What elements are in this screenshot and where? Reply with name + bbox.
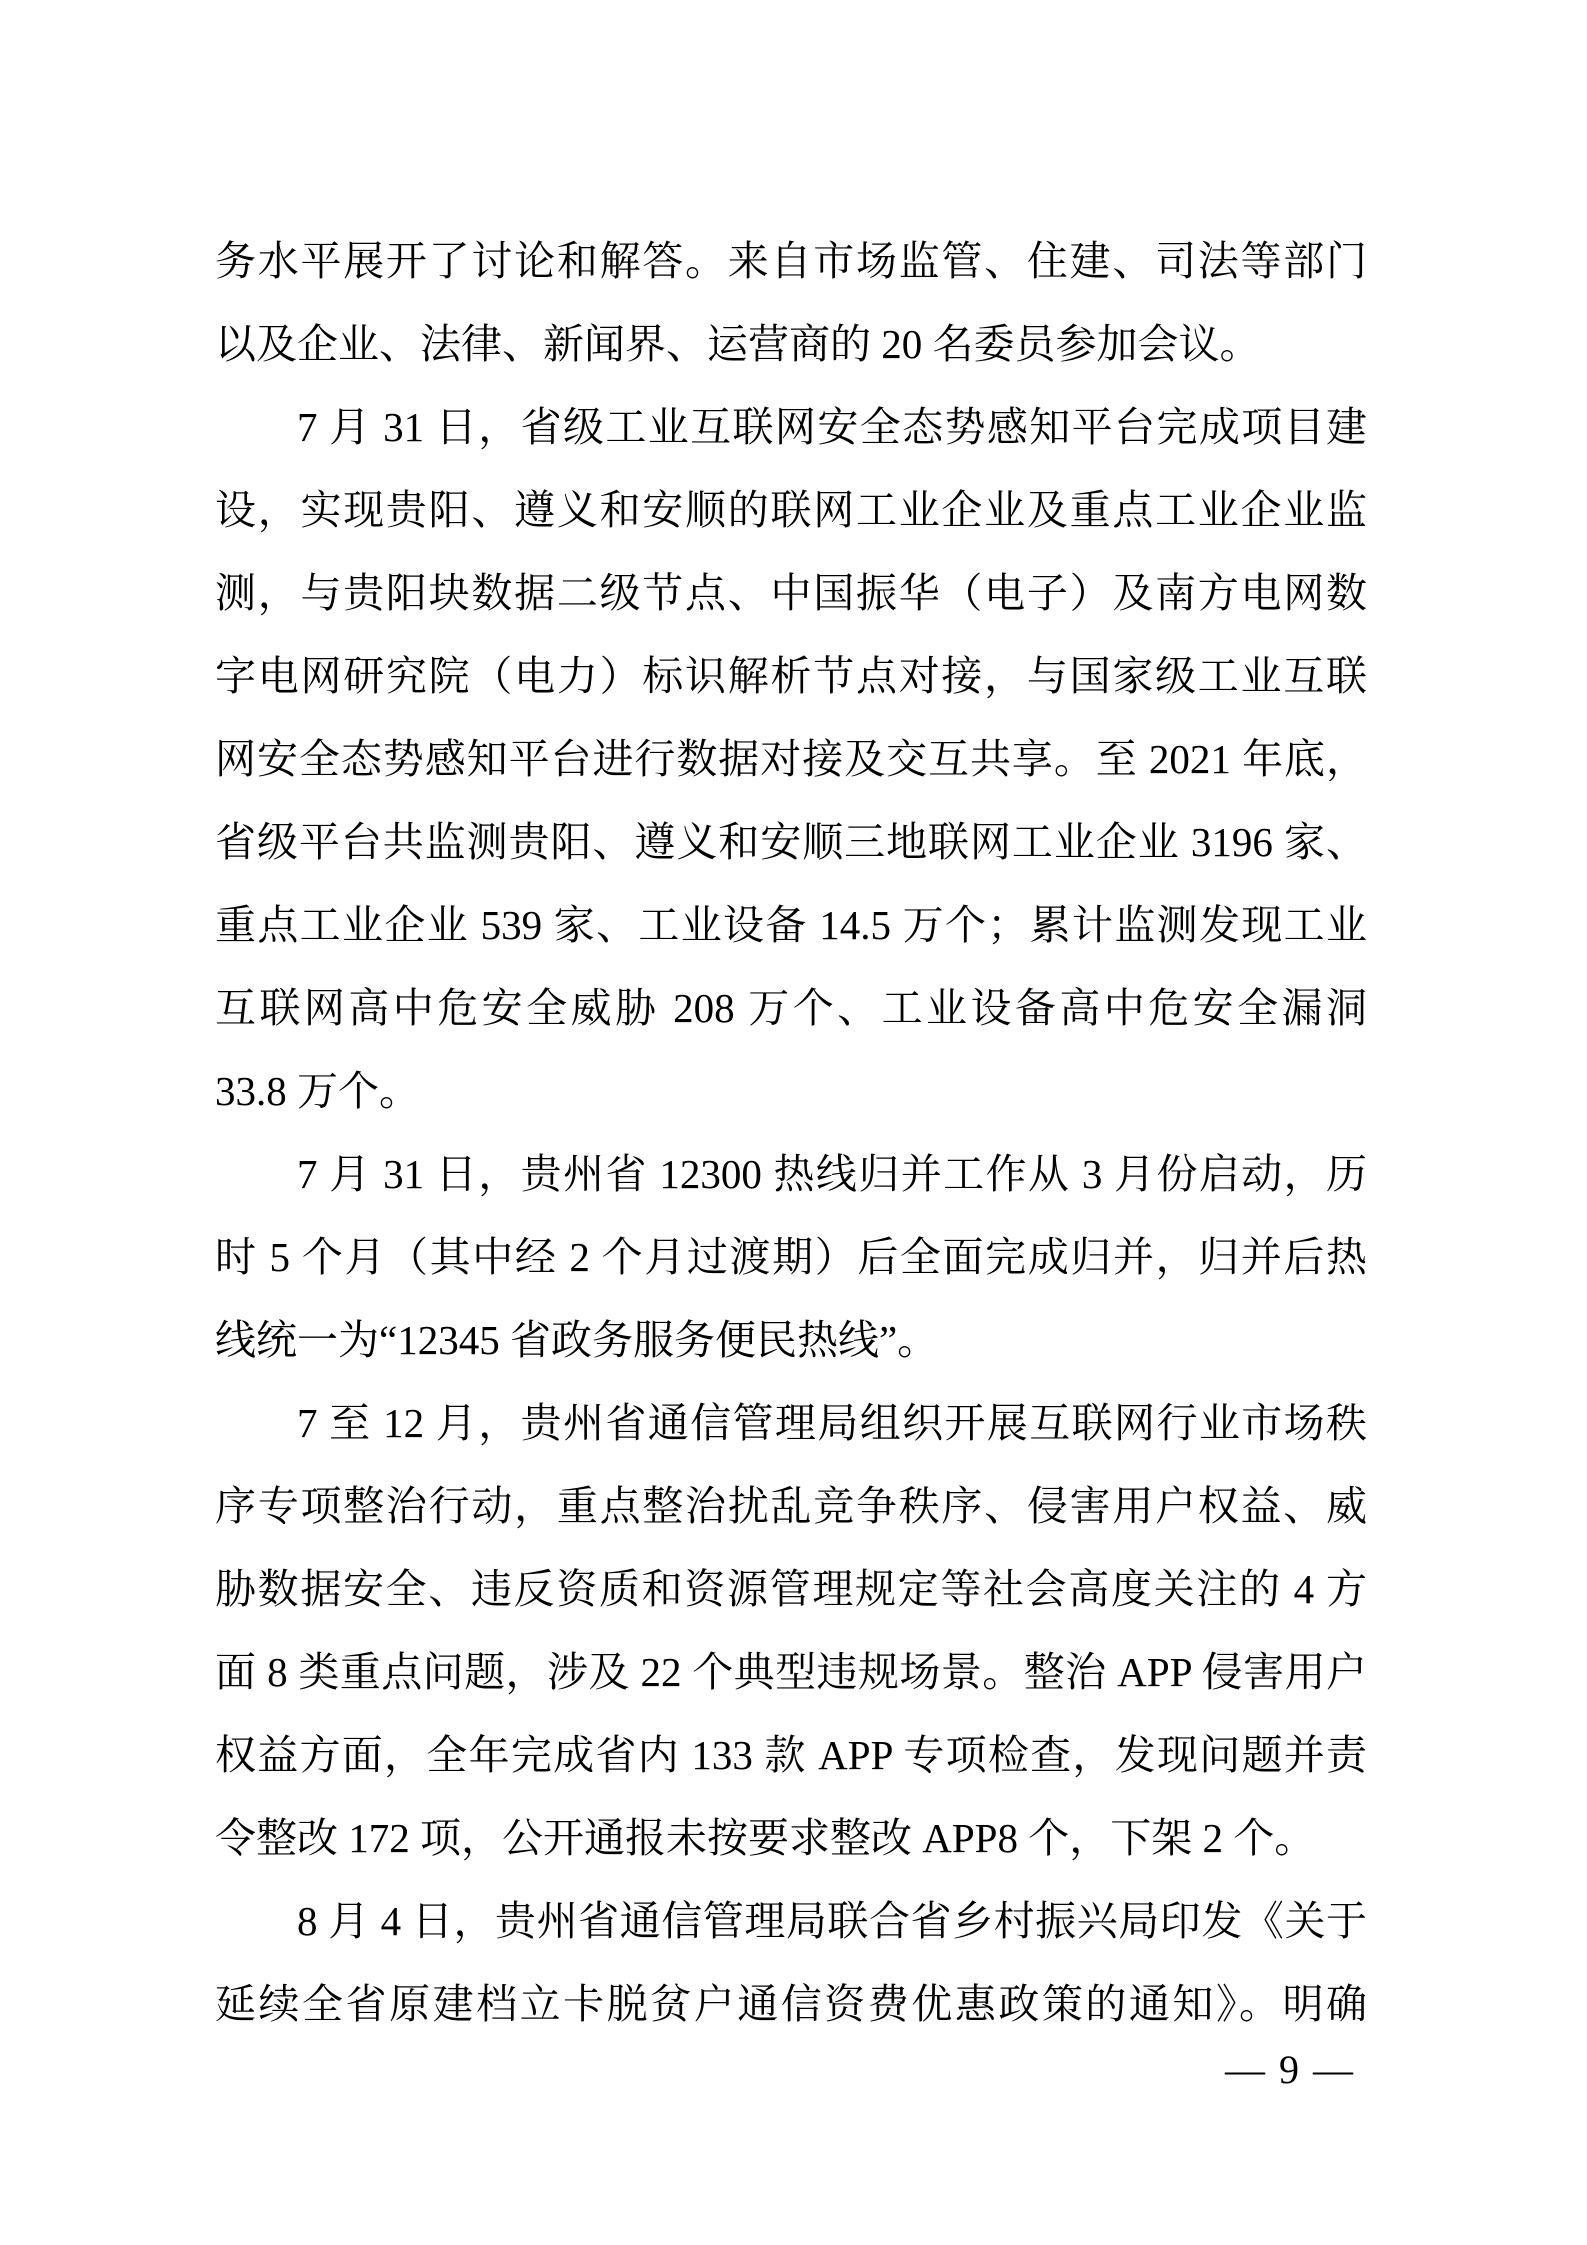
text-line: 7 至 12 月，贵州省通信管理局组织开展互联网行业市场秩 xyxy=(215,1382,1367,1465)
text-line: 8 月 4 日，贵州省通信管理局联合省乡村振兴局印发《关于 xyxy=(215,1880,1367,1963)
text-line: 省级平台共监测贵阳、遵义和安顺三地联网工业企业 3196 家、 xyxy=(215,801,1367,884)
text-line: 胁数据安全、违反资质和资源管理规定等社会高度关注的 4 方 xyxy=(215,1548,1367,1631)
page-number: — 9 — xyxy=(1225,2046,1355,2094)
text-line: 以及企业、法律、新闻界、运营商的 20 名委员参加会议。 xyxy=(215,303,1367,386)
text-line: 重点工业企业 539 家、工业设备 14.5 万个；累计监测发现工业 xyxy=(215,884,1367,967)
text-line: 互联网高中危安全威胁 208 万个、工业设备高中危安全漏洞 xyxy=(215,967,1367,1050)
text-line: 线统一为“12345 省政务服务便民热线”。 xyxy=(215,1299,1367,1382)
text-line: 务水平展开了讨论和解答。来自市场监管、住建、司法等部门 xyxy=(215,220,1367,303)
text-line: 令整改 172 项，公开通报未按要求整改 APP8 个，下架 2 个。 xyxy=(215,1797,1367,1880)
text-line: 延续全省原建档立卡脱贫户通信资费优惠政策的通知》。明确 xyxy=(215,1963,1367,2046)
text-line: 测，与贵阳块数据二级节点、中国振华（电子）及南方电网数 xyxy=(215,552,1367,635)
text-line: 序专项整治行动，重点整治扰乱竞争秩序、侵害用户权益、威 xyxy=(215,1465,1367,1548)
text-line: 网安全态势感知平台进行数据对接及交互共享。至 2021 年底， xyxy=(215,718,1367,801)
document-body: 务水平展开了讨论和解答。来自市场监管、住建、司法等部门以及企业、法律、新闻界、运… xyxy=(215,220,1367,2046)
text-line: 设，实现贵阳、遵义和安顺的联网工业企业及重点工业企业监 xyxy=(215,469,1367,552)
text-line: 字电网研究院（电力）标识解析节点对接，与国家级工业互联 xyxy=(215,635,1367,718)
text-line: 7 月 31 日，贵州省 12300 热线归并工作从 3 月份启动，历 xyxy=(215,1133,1367,1216)
text-line: 时 5 个月（其中经 2 个月过渡期）后全面完成归并，归并后热 xyxy=(215,1216,1367,1299)
text-line: 面 8 类重点问题，涉及 22 个典型违规场景。整治 APP 侵害用户 xyxy=(215,1631,1367,1714)
text-line: 7 月 31 日，省级工业互联网安全态势感知平台完成项目建 xyxy=(215,386,1367,469)
document-page: 务水平展开了讨论和解答。来自市场监管、住建、司法等部门以及企业、法律、新闻界、运… xyxy=(0,0,1587,2245)
text-line: 权益方面，全年完成省内 133 款 APP 专项检查，发现问题并责 xyxy=(215,1714,1367,1797)
text-line: 33.8 万个。 xyxy=(215,1050,1367,1133)
